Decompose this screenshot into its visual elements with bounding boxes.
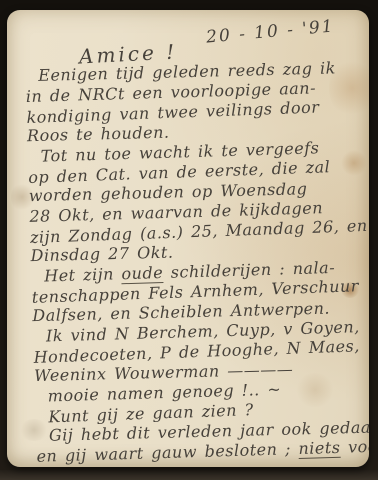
photo-background: 20 - 10 - '91 Amice ! Eenigen tijd geled…	[0, 0, 378, 480]
underlined-word: oude	[121, 263, 163, 284]
underlined-word: niets	[298, 438, 341, 459]
letter-date: 20 - 10 - '91	[206, 16, 336, 47]
table-surface	[0, 470, 378, 480]
letter-body: Eenigen tijd geleden reeds zag ikin de N…	[25, 57, 369, 467]
letter-line-text: Het zijn	[44, 264, 122, 285]
letter-page: 20 - 10 - '91 Amice ! Eenigen tijd geled…	[7, 10, 369, 467]
letter-line-text: voor	[340, 436, 369, 456]
